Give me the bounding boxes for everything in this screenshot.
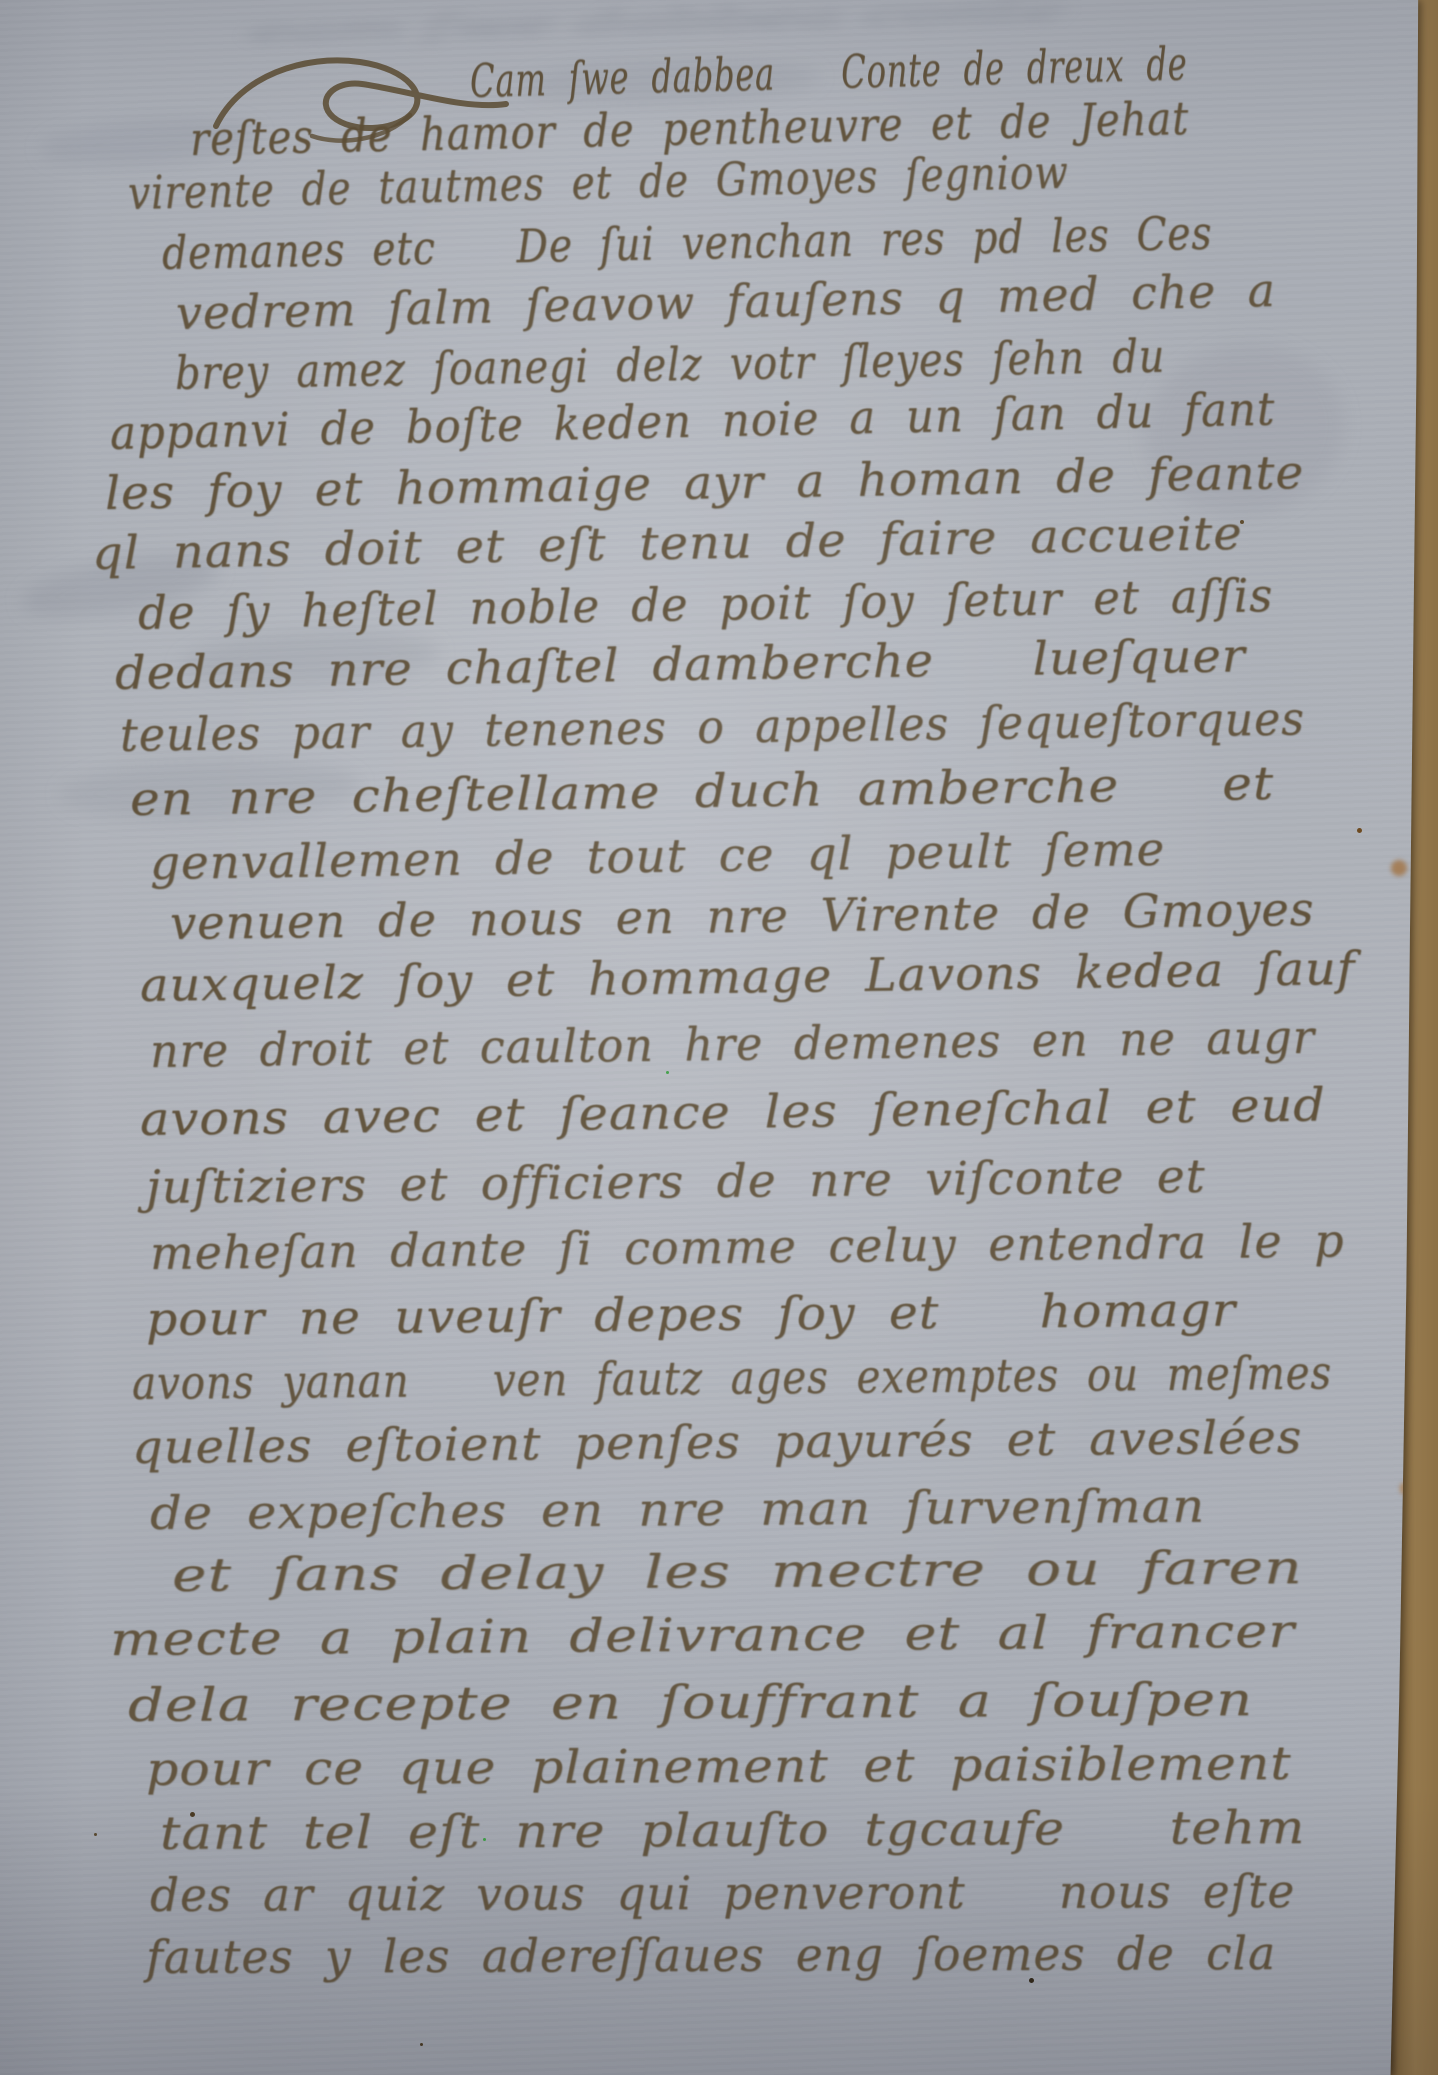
manuscript-line: en nre cheſtellame duch amberche et [130,760,1275,822]
manuscript-line: genvallemen de tout ce ql peult ſeme [150,826,1166,886]
manuscript-line: auxquelz ſoy et hommage Lavons kedea ſau… [140,945,1356,1008]
manuscript-line: de expeſches en nre man ſurvenſman [150,1483,1205,1536]
manuscript-line: les foy et hommaige ayr a homan de feant… [105,449,1305,516]
manuscript-line: dela recepte en ſouffrant a ſouſpen [128,1676,1253,1728]
manuscript-line: venuen de nous en nre Virente de Gmoyes [170,886,1315,946]
manuscript-line: pour ne uveuſr depes ſoy et homagr [146,1286,1236,1342]
manuscript-line: ql nans doit et eſt tenu de faire accuei… [92,510,1243,576]
manuscript-photo: eam ſwe dabbea conte Cam ſwe dabbea Cont… [0,0,1438,2075]
manuscript-line: de ſy heſtel noble de poit ſoy ſetur et … [138,572,1274,636]
manuscript-line: tant tel eſt nre plauſto tgcaufe tehm [160,1804,1306,1856]
manuscript-line: avons avec et ſeance les ſeneſchal et eu… [140,1082,1326,1142]
manuscript-line: teules par ay tenenes o appelles ſequeſt… [120,695,1305,758]
manuscript-line: quelles eſtoient penſes payurés et avesl… [132,1414,1303,1470]
manuscript-line: vedrem ſalm ſeavow fauſens q med che a [176,267,1277,336]
manuscript-page: eam ſwe dabbea conte Cam ſwe dabbea Cont… [0,0,1438,2075]
manuscript-line: nre droit et caulton hre demenes en ne a… [150,1014,1315,1074]
manuscript-line: pour ce que plainement et paisiblement [146,1740,1292,1792]
manuscript-line: et ſans delay les mectre ou faren [172,1544,1303,1598]
manuscript-line: des ar quiz vous qui penveront nous eſte [150,1868,1295,1918]
manuscript-line: dedans nre chaſtel damberche lueſquer [115,632,1246,696]
manuscript-line: meheſan dante ſi comme celuy entendra le… [150,1217,1345,1276]
manuscript-line: demanes etc De ſui venchan res pd les Ce… [162,210,1213,276]
ink-lines-layer: Cam ſwe dabbea Conte de dreux dereſtes d… [0,0,1438,2075]
manuscript-line: juſtiziers et officiers de nre viſconte … [146,1153,1206,1210]
manuscript-line: mecte a plain delivrance et al francer [110,1608,1295,1662]
paper-wrap: eam ſwe dabbea conte Cam ſwe dabbea Cont… [0,0,1438,2075]
manuscript-line: fautes y les adereſſaues eng ſoemes de c… [146,1930,1276,1980]
manuscript-line: avons yanan ven fautz ages exemptes ou m… [132,1350,1332,1406]
